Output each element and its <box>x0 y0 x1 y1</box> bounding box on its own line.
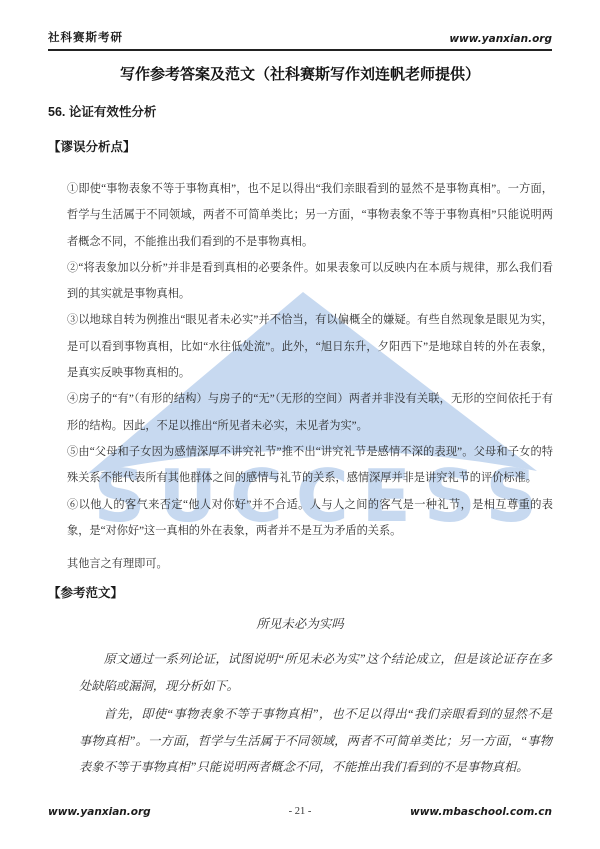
footer-site-right: www.mbaschool.com.cn <box>410 806 552 818</box>
analysis-point-1: ①即使“事物表象不等于事物真相”，也不足以得出“我们亲眼看到的显然不是事物真相”… <box>67 176 553 255</box>
brand-name: 社科赛斯考研 <box>48 29 123 45</box>
analysis-point-5: ⑤由“父母和子女因为感情深厚不讲究礼节”推不出“讲究礼节是感情不深的表现”。父母… <box>67 439 553 492</box>
analysis-point-6: ⑥以他人的客气来否定“他人对你好”并不合适。人与人之间的客气是一种礼节，是相互尊… <box>67 492 553 545</box>
analysis-point-3: ③以地球自转为例推出“眼见者未必实”并不恰当，有以偏概全的嫌疑。有些自然现象是眼… <box>67 307 553 386</box>
document-page: SUCCESS 社科赛斯考研 www.yanxian.org 写作参考答案及范文… <box>0 0 600 849</box>
header-site-url: www.yanxian.org <box>449 33 552 45</box>
essay-paragraph-1: 原文通过一系列论证，试图说明“所见未必为实”这个结论成立，但是该论证存在多处缺陷… <box>79 646 552 699</box>
analysis-point-2: ②“将表象加以分析”并非是看到真相的必要条件。如果表象可以反映内在本质与规律，那… <box>67 255 553 308</box>
essay-heading: 【参考范文】 <box>48 585 552 602</box>
analysis-note: 其他言之有理即可。 <box>67 551 553 577</box>
analysis-point-4: ④房子的“有”（有形的结构）与房子的“无”（无形的空间）两者并非没有关联，无形的… <box>67 386 553 439</box>
page-header: 社科赛斯考研 www.yanxian.org <box>48 29 552 51</box>
document-title: 写作参考答案及范文（社科赛斯写作刘连帆老师提供） <box>0 63 600 84</box>
essay-paragraphs: 原文通过一系列论证，试图说明“所见未必为实”这个结论成立，但是该论证存在多处缺陷… <box>79 646 552 781</box>
essay-title: 所见未必为实吗 <box>48 616 552 632</box>
page-footer: www.yanxian.org - 21 - www.mbaschool.com… <box>48 806 552 822</box>
document-body: 56. 论证有效性分析 【谬误分析点】 ①即使“事物表象不等于事物真相”，也不足… <box>48 104 552 781</box>
analysis-heading: 【谬误分析点】 <box>48 139 552 156</box>
section-heading: 56. 论证有效性分析 <box>48 104 552 120</box>
analysis-points: ①即使“事物表象不等于事物真相”，也不足以得出“我们亲眼看到的显然不是事物真相”… <box>67 176 553 577</box>
essay-paragraph-2: 首先，即使“事物表象不等于事物真相”，也不足以得出“我们亲眼看到的显然不是事物真… <box>79 701 552 781</box>
